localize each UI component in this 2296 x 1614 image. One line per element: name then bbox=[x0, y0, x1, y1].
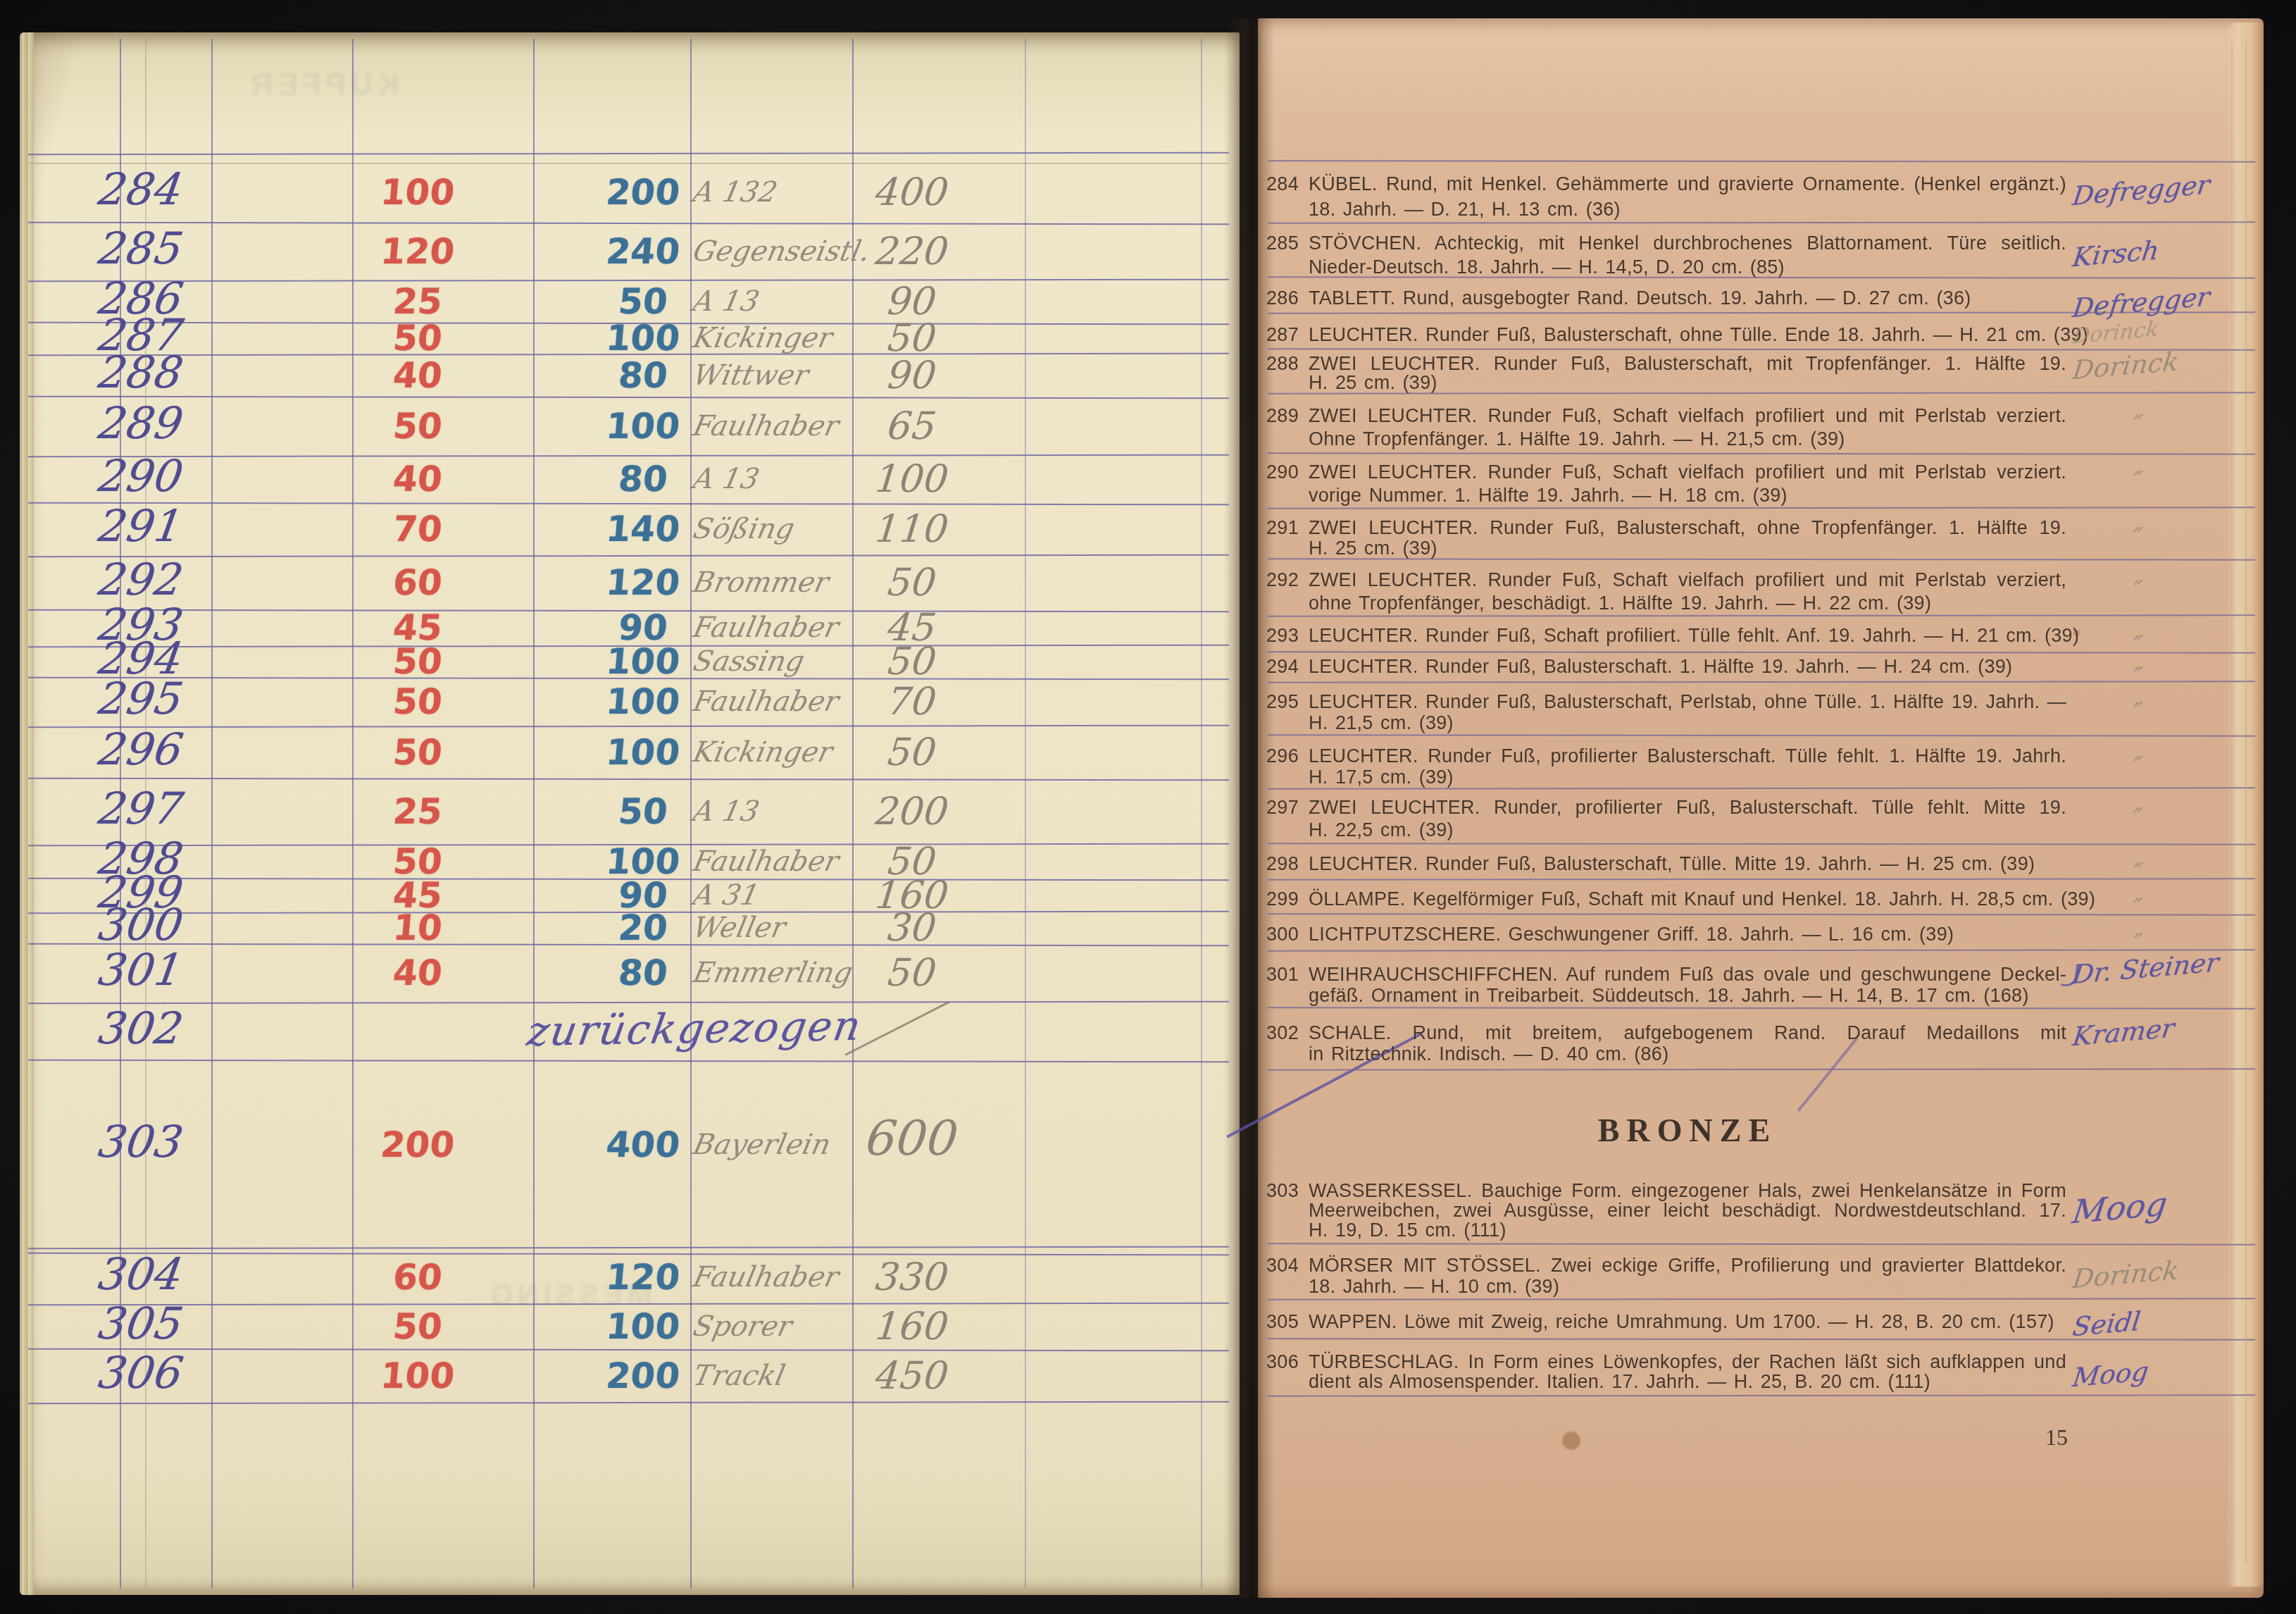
catalog-entry-text: in Ritztechnik. Indisch. — D. 40 cm. (86… bbox=[1309, 1043, 2066, 1065]
catalog-entry-text: 18. Jahrh. — D. 21, H. 13 cm. (36) bbox=[1309, 198, 2066, 221]
catalog-entry-text: LEUCHTER. Runder Fuß, profilierter Balus… bbox=[1309, 745, 2066, 769]
catalog-entry-text: ZWEI LEUCHTER. Runder, profilierter Fuß,… bbox=[1309, 796, 2066, 820]
ledger-result-price: 110 bbox=[836, 507, 989, 552]
ledger-limit-price: 70 bbox=[335, 508, 500, 550]
ledger-lot-number: 284 bbox=[52, 162, 230, 217]
ledger-lot-number: 297 bbox=[52, 781, 230, 836]
ledger-limit-price: 50 bbox=[335, 317, 500, 359]
catalog-entry-number: 299 bbox=[1261, 888, 1299, 910]
ledger-lot-number: 289 bbox=[52, 396, 230, 451]
ledger-limit-price: 40 bbox=[335, 952, 500, 994]
ledger-lot-number: 296 bbox=[52, 722, 230, 777]
catalog-entry-text: WAPPEN. Löwe mit Zweig, reiche Umrahmung… bbox=[1309, 1310, 2066, 1333]
catalog-entry-number: 285 bbox=[1261, 232, 1299, 254]
ledger-result-price: 65 bbox=[836, 404, 989, 449]
catalog-entry-text: LEUCHTER. Runder Fuß, Balusterschaft. 1.… bbox=[1309, 655, 2066, 678]
catalog-entry-text: WEIHRAUCHSCHIFFCHEN. Auf rundem Fuß das … bbox=[1309, 963, 2066, 987]
catalog-entry-number: 303 bbox=[1261, 1179, 1299, 1202]
catalog-entry-text: Nieder-Deutsch. 18. Jahrh. — H. 14,5, D.… bbox=[1309, 256, 2066, 278]
catalog-entry-text: LEUCHTER. Runder Fuß, Balusterschaft, oh… bbox=[1309, 323, 2066, 346]
catalog-entry-text: H. 19, D. 15 cm. (111) bbox=[1309, 1219, 2066, 1241]
ledger-limit-price: 60 bbox=[335, 561, 500, 604]
ledger-limit-price: 40 bbox=[335, 354, 500, 397]
ledger-limit-price: 50 bbox=[335, 681, 500, 723]
catalog-entry-text: LICHTPUTZSCHERE. Geschwungener Griff. 18… bbox=[1309, 923, 2066, 945]
ledger-result-price: 100 bbox=[836, 457, 989, 502]
catalog-entry-text: LEUCHTER. Runder Fuß, Balusterschaft, Tü… bbox=[1309, 852, 2066, 875]
catalog-entry-number: 289 bbox=[1261, 404, 1299, 427]
ledger-result-price: 50 bbox=[836, 639, 989, 684]
catalog-entry-number: 293 bbox=[1261, 624, 1299, 647]
ledger-limit-price: 50 bbox=[335, 731, 500, 774]
catalog-entry-text: ZWEI LEUCHTER. Runder Fuß, Schaft vielfa… bbox=[1309, 569, 2066, 592]
ledger-limit-price: 100 bbox=[335, 171, 500, 213]
catalog-entry-text: H. 22,5 cm. (39) bbox=[1309, 819, 2066, 841]
ledger-withdrawn-note: zurückgezogen bbox=[524, 1002, 866, 1055]
ledger-rule-vertical bbox=[533, 39, 535, 1589]
ledger-lot-number: 290 bbox=[52, 449, 230, 504]
ledger-result-price: 50 bbox=[836, 730, 989, 775]
catalog-entry-number: 300 bbox=[1261, 923, 1299, 945]
catalog-entry-number: 292 bbox=[1261, 569, 1299, 591]
catalog-entry-number: 288 bbox=[1261, 352, 1299, 375]
catalog-entry-number: 305 bbox=[1261, 1310, 1299, 1333]
catalog-entry-number: 301 bbox=[1261, 963, 1299, 986]
catalog-entry-text: H. 21,5 cm. (39) bbox=[1309, 712, 2066, 734]
ledger-limit-price: 120 bbox=[335, 230, 500, 273]
catalog-entry-text: ÖLLAMPE. Kegelförmiger Fuß, Schaft mit K… bbox=[1309, 888, 2066, 910]
ledger-limit-price: 100 bbox=[335, 1355, 500, 1397]
catalog-entry-number: 294 bbox=[1261, 655, 1299, 678]
ledger-result-price: 30 bbox=[836, 905, 989, 950]
ledger-lot-number: 306 bbox=[52, 1346, 230, 1401]
catalog-entry-number: 290 bbox=[1261, 461, 1299, 483]
catalog-entry-text: STÖVCHEN. Achteckig, mit Henkel durchbro… bbox=[1309, 232, 2066, 256]
ledger-lot-number: 302 bbox=[52, 1001, 230, 1056]
catalog-entry-text: H. 17,5 cm. (39) bbox=[1309, 766, 2066, 788]
ledger-lot-number: 305 bbox=[52, 1296, 230, 1351]
catalog-entry-text: dient als Almosenspender. Italien. 17. J… bbox=[1309, 1370, 2066, 1393]
ledger-lot-number: 301 bbox=[52, 943, 230, 998]
ledger-result-price: 450 bbox=[836, 1353, 989, 1398]
catalog-entry-text: 18. Jahrh. — H. 10 cm. (39) bbox=[1309, 1275, 2066, 1298]
ghost-text-kupfer: KUPFER bbox=[247, 68, 399, 103]
catalog-entry-number: 295 bbox=[1261, 690, 1299, 713]
catalog-entry-text: LEUCHTER. Runder Fuß, Schaft profiliert.… bbox=[1309, 624, 2066, 647]
catalog-entry-number: 284 bbox=[1261, 173, 1299, 195]
ledger-lot-number: 288 bbox=[52, 345, 230, 400]
catalog-entry-text: vorige Nummer. 1. Hälfte 19. Jahrh. — H.… bbox=[1309, 484, 2066, 507]
catalog-entry-text: KÜBEL. Rund, mit Henkel. Gehämmerte und … bbox=[1309, 173, 2066, 197]
ledger-limit-price: 60 bbox=[335, 1256, 500, 1298]
catalog-entry-text: Ohne Tropfenfänger. 1. Hälfte 19. Jahrh.… bbox=[1309, 428, 2066, 450]
ledger-limit-price: 10 bbox=[335, 907, 500, 949]
ledger-lot-number: 303 bbox=[52, 1115, 230, 1169]
ledger-limit-price: 25 bbox=[335, 280, 500, 323]
ledger-limit-price: 25 bbox=[335, 790, 500, 833]
ledger-result-price: 220 bbox=[836, 229, 989, 274]
ledger-lot-number: 304 bbox=[52, 1247, 230, 1302]
section-heading: BRONZE bbox=[1309, 1112, 2066, 1149]
ledger-result-price: 160 bbox=[836, 1304, 989, 1349]
ledger-lot-number: 291 bbox=[52, 499, 230, 554]
ledger-lot-number: 285 bbox=[52, 221, 230, 276]
ledger-limit-price: 50 bbox=[335, 405, 500, 447]
page-number: 15 bbox=[2028, 1424, 2085, 1451]
catalog-entry-number: 287 bbox=[1261, 323, 1299, 346]
catalog-entry-text: gefäß. Ornament in Treibarbeit. Süddeuts… bbox=[1309, 984, 2066, 1007]
stain-spot bbox=[1562, 1432, 1580, 1450]
catalog-entry-text: ZWEI LEUCHTER. Runder Fuß, Schaft vielfa… bbox=[1309, 404, 2066, 428]
catalog-entry-number: 306 bbox=[1261, 1351, 1299, 1373]
ledger-limit-price: 40 bbox=[335, 458, 500, 500]
catalog-entry-number: 297 bbox=[1261, 796, 1299, 819]
catalog-entry-text: LEUCHTER. Runder Fuß, Balusterschaft, Pe… bbox=[1309, 690, 2066, 714]
catalog-entry-text: H. 25 cm. (39) bbox=[1309, 537, 2066, 559]
catalog-entry-text: SCHALE. Rund, mit breitem, aufgebogenem … bbox=[1309, 1022, 2066, 1045]
ledger-result-price: 50 bbox=[836, 560, 989, 605]
ledger-limit-price: 50 bbox=[335, 1305, 500, 1348]
ledger-result-price: 90 bbox=[836, 353, 989, 398]
catalog-entry-number: 304 bbox=[1261, 1254, 1299, 1277]
catalog-entry-number: 286 bbox=[1261, 287, 1299, 309]
ledger-rule-vertical bbox=[1025, 39, 1026, 1589]
ledger-result-price: 70 bbox=[836, 679, 989, 724]
catalog-entry-text: ZWEI LEUCHTER. Runder Fuß, Schaft vielfa… bbox=[1309, 461, 2066, 485]
catalog-entry-number: 302 bbox=[1261, 1022, 1299, 1044]
catalog-entry-text: H. 25 cm. (39) bbox=[1309, 371, 2066, 394]
page-block-edge bbox=[20, 32, 34, 1595]
ledger-result-price: 400 bbox=[836, 170, 989, 215]
ledger-limit-price: 50 bbox=[335, 640, 500, 683]
ledger-result-price: 600 bbox=[836, 1117, 989, 1162]
catalog-entry-text: MÖRSER MIT STÖSSEL. Zwei eckige Griffe, … bbox=[1309, 1254, 2066, 1278]
ledger-result-price: 200 bbox=[836, 789, 989, 834]
ledger-limit-price: 200 bbox=[335, 1124, 500, 1166]
scanned-book-spread: KUPFER MESSING BRONZE 15 zurückgezogen 2… bbox=[0, 0, 2296, 1614]
catalog-entry-number: 296 bbox=[1261, 745, 1299, 767]
ledger-result-price: 50 bbox=[836, 950, 989, 995]
catalog-entry-text: TABLETT. Rund, ausgebogter Rand. Deutsch… bbox=[1309, 287, 2066, 309]
catalog-entry-number: 291 bbox=[1261, 516, 1299, 539]
catalog-entry-text: ohne Tropfenfänger, beschädigt. 1. Hälft… bbox=[1309, 592, 2066, 614]
ledger-result-price: 330 bbox=[836, 1255, 989, 1300]
ledger-rule-vertical bbox=[1201, 39, 1202, 1589]
ledger-lot-number: 295 bbox=[52, 671, 230, 726]
catalog-entry-number: 298 bbox=[1261, 852, 1299, 875]
